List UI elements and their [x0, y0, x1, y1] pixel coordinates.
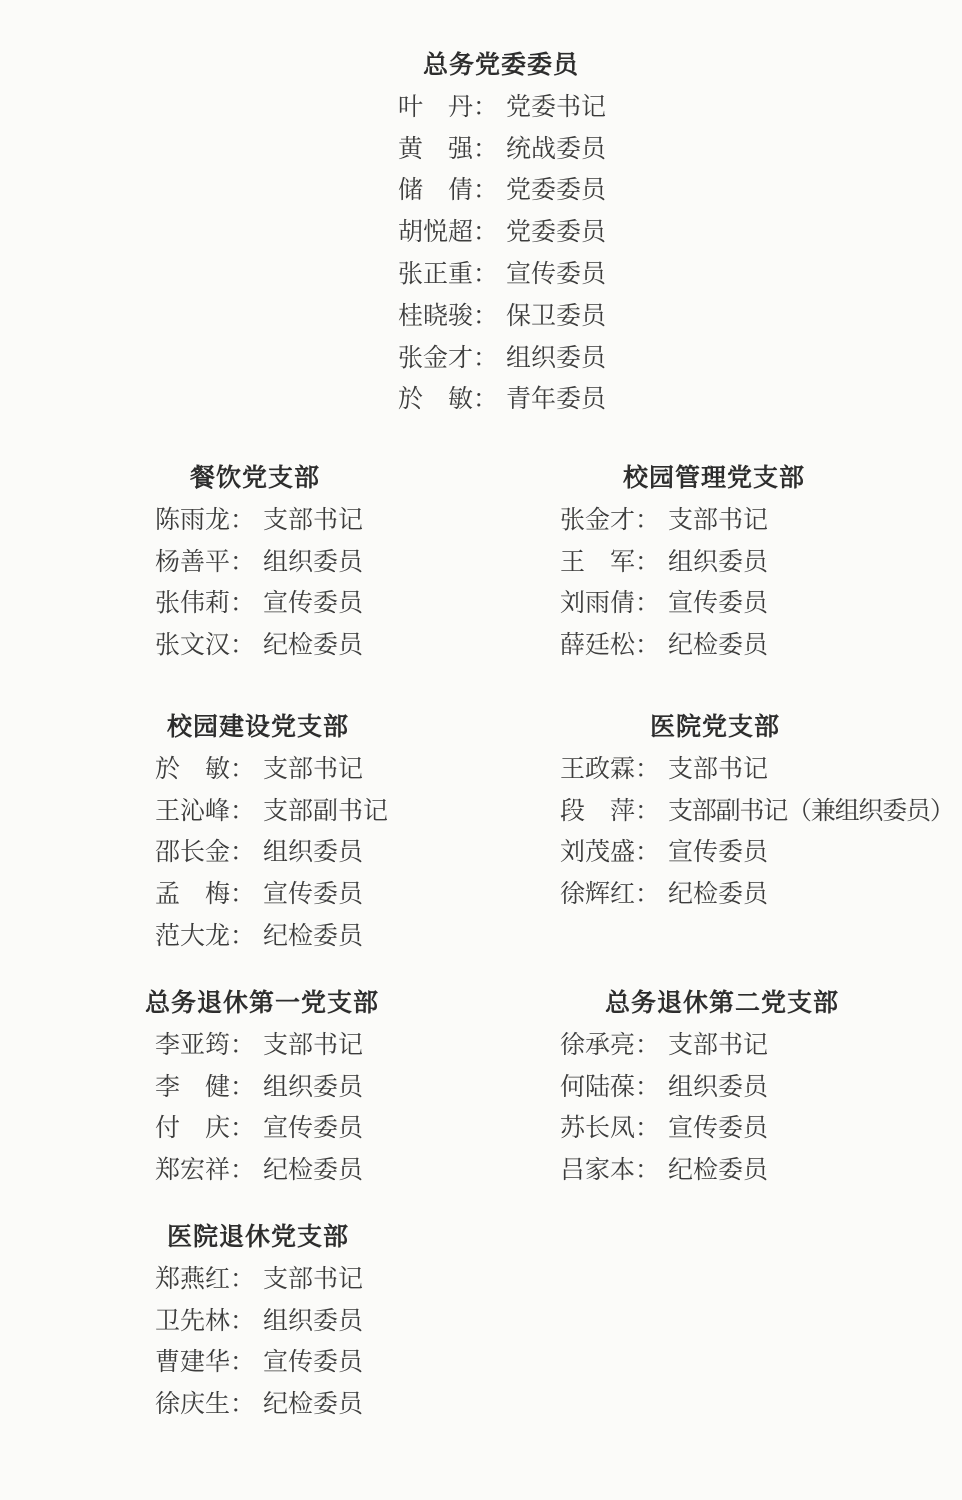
member-row: 张金才：支部书记	[560, 500, 805, 542]
section-title: 总务党委委员	[423, 45, 606, 87]
member-row: 徐辉红：纪检委员	[560, 874, 954, 916]
member-row: 於 敏：支部书记	[155, 749, 388, 791]
member-name: 杨善平	[155, 542, 230, 584]
member-name: 李亚筠	[155, 1025, 230, 1067]
member-role: 组织委员	[668, 1074, 768, 1101]
member-row: 卫先林：组织委员	[155, 1301, 363, 1343]
member-role: 纪检委员	[263, 632, 363, 659]
member-row: 徐庆生：纪检委员	[155, 1384, 363, 1426]
member-row: 郑燕红：支部书记	[155, 1259, 363, 1301]
member-role: 组织委员	[263, 839, 363, 866]
member-row: 范大龙：纪检委员	[155, 916, 388, 958]
separator-colon: ：	[230, 749, 255, 791]
section-title: 总务退休第一党支部	[145, 983, 379, 1025]
member-row: 吕家本：纪检委员	[560, 1150, 839, 1192]
separator-colon: ：	[473, 212, 498, 254]
separator-colon: ：	[635, 1108, 660, 1150]
section-title: 餐饮党支部	[190, 458, 363, 500]
separator-colon: ：	[230, 1301, 255, 1343]
member-name: 范大龙	[155, 916, 230, 958]
member-name: 储 倩	[398, 170, 473, 212]
separator-colon: ：	[635, 1150, 660, 1192]
section-title: 医院党支部	[650, 707, 954, 749]
member-row: 张文汉：纪检委员	[155, 625, 363, 667]
separator-colon: ：	[230, 832, 255, 874]
member-name: 曹建华	[155, 1342, 230, 1384]
member-row: 王政霖：支部书记	[560, 749, 954, 791]
member-row: 储 倩：党委委员	[398, 170, 606, 212]
member-role: 党委书记	[506, 94, 606, 121]
member-name: 徐承亮	[560, 1025, 635, 1067]
separator-colon: ：	[230, 791, 255, 833]
member-role: 纪检委员	[668, 1157, 768, 1184]
member-role: 组织委员	[263, 1308, 363, 1335]
member-role: 统战委员	[506, 136, 606, 163]
section-branch-tuixiu-1: 总务退休第一党支部 李亚筠：支部书记 李 健：组织委员 付 庆：宣传委员 郑宏祥…	[155, 983, 379, 1192]
separator-colon: ：	[230, 1259, 255, 1301]
member-name: 薛廷松	[560, 625, 635, 667]
member-name: 吕家本	[560, 1150, 635, 1192]
section-branch-yiyuan: 医院党支部 王政霖：支部书记 段 萍：支部副书记（兼组织委员） 刘茂盛：宣传委员…	[560, 707, 954, 916]
member-row: 张金才：组织委员	[398, 338, 606, 380]
member-name: 王沁峰	[155, 791, 230, 833]
member-role: 纪检委员	[668, 881, 768, 908]
member-row: 於 敏：青年委员	[398, 379, 606, 421]
member-row: 何陆葆：组织委员	[560, 1067, 839, 1109]
member-name: 徐辉红	[560, 874, 635, 916]
member-row: 张伟莉：宣传委员	[155, 583, 363, 625]
section-branch-tuixiu-2: 总务退休第二党支部 徐承亮：支部书记 何陆葆：组织委员 苏长凤：宣传委员 吕家本…	[560, 983, 839, 1192]
section-branch-xiaoyuan-guanli: 校园管理党支部 张金才：支部书记 王 军：组织委员 刘雨倩：宣传委员 薛廷松：纪…	[560, 458, 805, 667]
member-row: 王沁峰：支部副书记	[155, 791, 388, 833]
member-name: 王政霖	[560, 749, 635, 791]
separator-colon: ：	[473, 170, 498, 212]
separator-colon: ：	[230, 500, 255, 542]
member-role: 支部书记	[263, 756, 363, 783]
member-row: 付 庆：宣传委员	[155, 1108, 379, 1150]
member-name: 张正重	[398, 254, 473, 296]
separator-colon: ：	[473, 338, 498, 380]
separator-colon: ：	[473, 254, 498, 296]
member-role: 支部书记	[263, 1032, 363, 1059]
member-row: 徐承亮：支部书记	[560, 1025, 839, 1067]
document-page: 总务党委委员 叶 丹：党委书记 黄 强：统战委员 储 倩：党委委员 胡悦超：党委…	[0, 0, 962, 1500]
separator-colon: ：	[230, 1342, 255, 1384]
section-branch-yiyuan-tuixiu: 医院退休党支部 郑燕红：支部书记 卫先林：组织委员 曹建华：宣传委员 徐庆生：纪…	[155, 1217, 363, 1426]
member-role: 宣传委员	[263, 1349, 363, 1376]
section-committee: 总务党委委员 叶 丹：党委书记 黄 强：统战委员 储 倩：党委委员 胡悦超：党委…	[398, 45, 606, 421]
member-role: 组织委员	[668, 549, 768, 576]
member-name: 卫先林	[155, 1301, 230, 1343]
member-role: 宣传委员	[263, 590, 363, 617]
section-title: 校园管理党支部	[623, 458, 805, 500]
separator-colon: ：	[635, 1067, 660, 1109]
member-name: 张伟莉	[155, 583, 230, 625]
member-role: 宣传委员	[506, 261, 606, 288]
member-name: 苏长凤	[560, 1108, 635, 1150]
member-name: 段 萍	[560, 791, 635, 833]
member-role: 青年委员	[506, 386, 606, 413]
member-role: 保卫委员	[506, 303, 606, 330]
member-role: 支部书记	[668, 756, 768, 783]
member-row: 黄 强：统战委员	[398, 129, 606, 171]
section-title: 总务退休第二党支部	[605, 983, 839, 1025]
member-name: 桂晓骏	[398, 296, 473, 338]
member-row: 刘雨倩：宣传委员	[560, 583, 805, 625]
separator-colon: ：	[473, 296, 498, 338]
member-role: 支部书记	[263, 1266, 363, 1293]
member-role: 宣传委员	[668, 590, 768, 617]
separator-colon: ：	[230, 916, 255, 958]
section-title: 校园建设党支部	[167, 707, 388, 749]
separator-colon: ：	[635, 832, 660, 874]
member-row: 王 军：组织委员	[560, 542, 805, 584]
member-name: 邵长金	[155, 832, 230, 874]
member-role: 宣传委员	[668, 1115, 768, 1142]
member-role: 党委委员	[506, 219, 606, 246]
member-name: 孟 梅	[155, 874, 230, 916]
separator-colon: ：	[230, 1150, 255, 1192]
separator-colon: ：	[230, 583, 255, 625]
member-row: 李 健：组织委员	[155, 1067, 379, 1109]
member-name: 徐庆生	[155, 1384, 230, 1426]
member-row: 杨善平：组织委员	[155, 542, 363, 584]
separator-colon: ：	[230, 542, 255, 584]
member-name: 胡悦超	[398, 212, 473, 254]
separator-colon: ：	[635, 542, 660, 584]
separator-colon: ：	[635, 625, 660, 667]
member-row: 叶 丹：党委书记	[398, 87, 606, 129]
member-role: 支部副书记（兼组织委员）	[668, 798, 954, 825]
member-role: 支部副书记	[263, 798, 388, 825]
separator-colon: ：	[230, 625, 255, 667]
separator-colon: ：	[635, 874, 660, 916]
member-name: 李 健	[155, 1067, 230, 1109]
member-role: 党委委员	[506, 177, 606, 204]
member-name: 张金才	[560, 500, 635, 542]
separator-colon: ：	[230, 1108, 255, 1150]
member-role: 纪检委员	[263, 1157, 363, 1184]
separator-colon: ：	[230, 1384, 255, 1426]
member-name: 张金才	[398, 338, 473, 380]
member-name: 付 庆	[155, 1108, 230, 1150]
separator-colon: ：	[473, 87, 498, 129]
member-role: 宣传委员	[668, 839, 768, 866]
member-name: 郑燕红	[155, 1259, 230, 1301]
member-name: 叶 丹	[398, 87, 473, 129]
member-role: 宣传委员	[263, 881, 363, 908]
member-name: 刘茂盛	[560, 832, 635, 874]
member-name: 张文汉	[155, 625, 230, 667]
separator-colon: ：	[635, 1025, 660, 1067]
member-row: 薛廷松：纪检委员	[560, 625, 805, 667]
member-role: 组织委员	[263, 549, 363, 576]
member-row: 苏长凤：宣传委员	[560, 1108, 839, 1150]
separator-colon: ：	[635, 500, 660, 542]
separator-colon: ：	[473, 379, 498, 421]
separator-colon: ：	[473, 129, 498, 171]
member-row: 桂晓骏：保卫委员	[398, 296, 606, 338]
member-role: 支部书记	[668, 1032, 768, 1059]
member-row: 刘茂盛：宣传委员	[560, 832, 954, 874]
section-branch-xiaoyuan-jianshe: 校园建设党支部 於 敏：支部书记 王沁峰：支部副书记 邵长金：组织委员 孟 梅：…	[155, 707, 388, 958]
member-role: 纪检委员	[263, 1391, 363, 1418]
member-name: 王 军	[560, 542, 635, 584]
member-name: 刘雨倩	[560, 583, 635, 625]
section-branch-canyin: 餐饮党支部 陈雨龙：支部书记 杨善平：组织委员 张伟莉：宣传委员 张文汉：纪检委…	[155, 458, 363, 667]
member-role: 支部书记	[263, 507, 363, 534]
member-name: 於 敏	[155, 749, 230, 791]
member-row: 郑宏祥：纪检委员	[155, 1150, 379, 1192]
member-row: 胡悦超：党委委员	[398, 212, 606, 254]
member-role: 组织委员	[506, 345, 606, 372]
member-row: 陈雨龙：支部书记	[155, 500, 363, 542]
separator-colon: ：	[230, 1025, 255, 1067]
separator-colon: ：	[635, 749, 660, 791]
separator-colon: ：	[230, 874, 255, 916]
member-role: 支部书记	[668, 507, 768, 534]
separator-colon: ：	[635, 791, 660, 833]
member-role: 宣传委员	[263, 1115, 363, 1142]
member-row: 孟 梅：宣传委员	[155, 874, 388, 916]
member-row: 李亚筠：支部书记	[155, 1025, 379, 1067]
member-name: 郑宏祥	[155, 1150, 230, 1192]
separator-colon: ：	[230, 1067, 255, 1109]
member-name: 陈雨龙	[155, 500, 230, 542]
member-row: 邵长金：组织委员	[155, 832, 388, 874]
member-role: 纪检委员	[668, 632, 768, 659]
member-row: 段 萍：支部副书记（兼组织委员）	[560, 791, 954, 833]
member-name: 於 敏	[398, 379, 473, 421]
section-title: 医院退休党支部	[167, 1217, 363, 1259]
member-row: 曹建华：宣传委员	[155, 1342, 363, 1384]
member-name: 何陆葆	[560, 1067, 635, 1109]
separator-colon: ：	[635, 583, 660, 625]
member-role: 组织委员	[263, 1074, 363, 1101]
member-role: 纪检委员	[263, 923, 363, 950]
member-row: 张正重：宣传委员	[398, 254, 606, 296]
member-name: 黄 强	[398, 129, 473, 171]
